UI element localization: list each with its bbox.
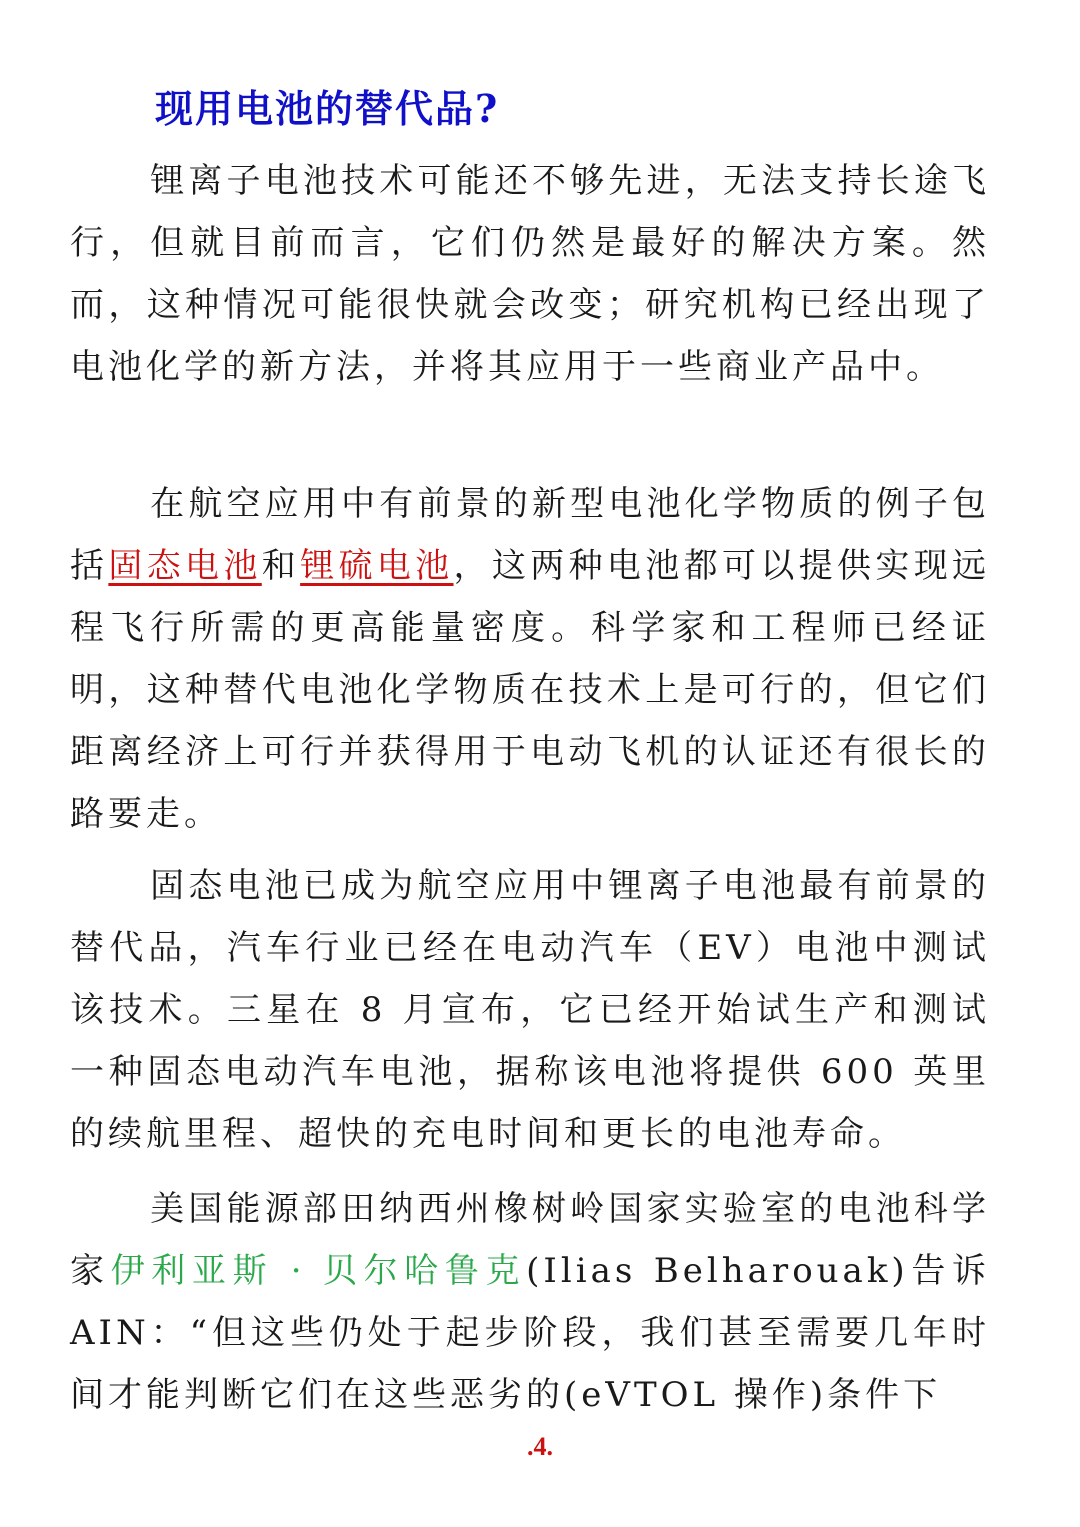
link-lithium-sulfur-battery[interactable]: 锂硫电池 [300, 546, 453, 586]
paragraph-4: 美国能源部田纳西州橡树岭国家实验室的电池科学家伊利亚斯 · 贝尔哈鲁克(Ilia… [70, 1178, 990, 1426]
link-solid-state-battery[interactable]: 固态电池 [108, 546, 261, 586]
paragraph-3-text: 固态电池已成为航空应用中锂离子电池最有前景的替代品，汽车行业已经在电动汽车（EV… [70, 866, 990, 1154]
paragraph-3: 固态电池已成为航空应用中锂离子电池最有前景的替代品，汽车行业已经在电动汽车（EV… [70, 855, 990, 1165]
paragraph-2-mid: 和 [262, 546, 300, 586]
person-name: 伊利亚斯 · 贝尔哈鲁克 [111, 1251, 527, 1291]
page-number: .4. [0, 1432, 1080, 1462]
paragraph-2: 在航空应用中有前景的新型电池化学物质的例子包括固态电池和锂硫电池，这两种电池都可… [70, 473, 990, 845]
paragraph-1: 锂离子电池技术可能还不够先进，无法支持长途飞行，但就目前而言，它们仍然是最好的解… [70, 150, 990, 398]
paragraph-1-text: 锂离子电池技术可能还不够先进，无法支持长途飞行，但就目前而言，它们仍然是最好的解… [70, 161, 990, 387]
paragraph-2-after: ，这两种电池都可以提供实现远程飞行所需的更高能量密度。科学家和工程师已经证明，这… [70, 546, 990, 834]
page-title: 现用电池的替代品? [155, 78, 499, 133]
